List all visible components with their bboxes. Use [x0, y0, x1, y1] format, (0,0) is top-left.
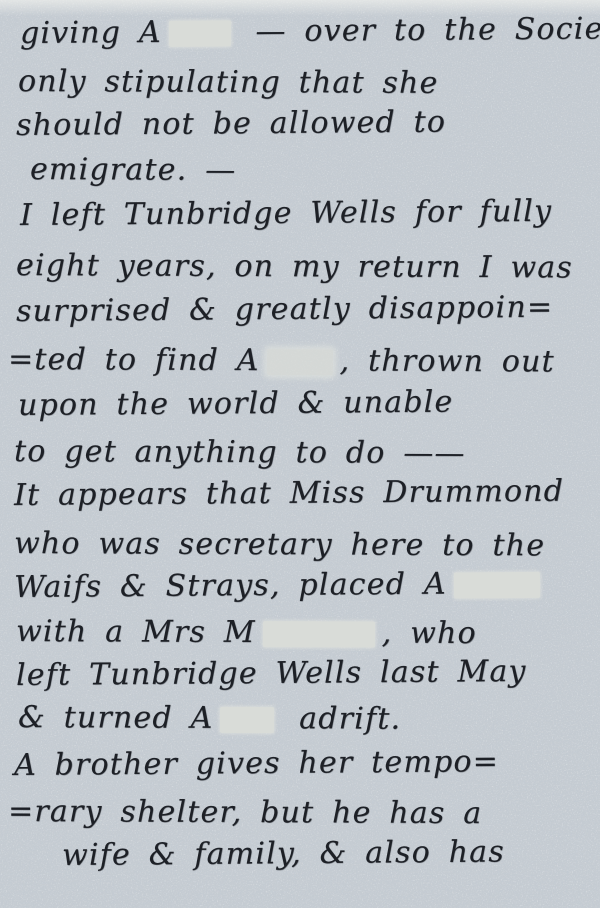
handwritten-line: =rary shelter, but he has a	[8, 794, 482, 831]
line-text: =ted to find A	[8, 342, 260, 378]
letter-page: giving A — over to the Society, only sti…	[0, 0, 600, 908]
line-text: , thrown out	[339, 343, 554, 379]
handwritten-line: left Tunbridge Wells last May	[16, 654, 527, 693]
line-text: Waifs & Strays, placed A	[14, 567, 447, 605]
handwritten-line: =ted to find A, thrown out	[8, 342, 555, 379]
handwritten-line: It appears that Miss Drummond	[14, 474, 564, 513]
handwritten-line: wife & family, & also has	[62, 835, 505, 873]
handwritten-line: giving A — over to the Society,	[20, 11, 600, 51]
handwritten-line: surprised & greatly disappoin=	[16, 290, 554, 329]
line-text: left Tunbridge Wells last May	[16, 654, 527, 693]
line-text: who was secretary here to the	[14, 526, 545, 563]
handwritten-line: & turned A adrift.	[18, 700, 401, 737]
handwritten-line: who was secretary here to the	[14, 526, 545, 563]
line-text: I left Tunbridge Wells for fully	[20, 194, 552, 233]
handwritten-line: Waifs & Strays, placed A	[14, 566, 547, 605]
handwritten-line: eight years, on my return I was	[16, 248, 573, 285]
line-text: upon the world & unable	[18, 385, 454, 423]
line-text: wife & family, & also has	[62, 835, 505, 873]
handwritten-line: should not be allowed to	[16, 105, 446, 143]
line-text: giving A	[20, 15, 162, 51]
line-text: surprised & greatly disappoin=	[16, 290, 554, 329]
redaction-box	[267, 349, 333, 375]
line-text: , who	[382, 616, 477, 651]
redaction-box	[220, 707, 274, 733]
handwritten-line: only stipulating that she	[18, 64, 439, 101]
handwritten-line: to get anything to do ——	[14, 434, 466, 471]
handwritten-line: emigrate. —	[30, 152, 236, 188]
letter-text: giving A — over to the Society, only sti…	[0, 0, 600, 908]
line-text: A brother gives her tempo=	[14, 744, 499, 783]
line-text: emigrate. —	[30, 152, 236, 188]
handwritten-line: I left Tunbridge Wells for fully	[20, 194, 552, 233]
handwritten-line: upon the world & unable	[18, 385, 454, 423]
line-text: adrift.	[281, 701, 401, 737]
redaction-box	[454, 572, 540, 599]
redaction-box	[169, 20, 231, 46]
line-text: with a Mrs M	[16, 614, 256, 650]
line-text: only stipulating that she	[18, 64, 439, 101]
line-text: =rary shelter, but he has a	[8, 794, 482, 831]
line-text: It appears that Miss Drummond	[14, 474, 564, 513]
line-text: — over to the Society,	[238, 11, 600, 49]
handwritten-line: A brother gives her tempo=	[14, 744, 499, 783]
line-text: should not be allowed to	[16, 105, 446, 143]
redaction-box	[263, 621, 375, 647]
line-text: eight years, on my return I was	[16, 248, 573, 285]
handwritten-line: with a Mrs M, who	[16, 614, 477, 651]
line-text: to get anything to do ——	[14, 434, 466, 471]
line-text: & turned A	[18, 700, 214, 736]
